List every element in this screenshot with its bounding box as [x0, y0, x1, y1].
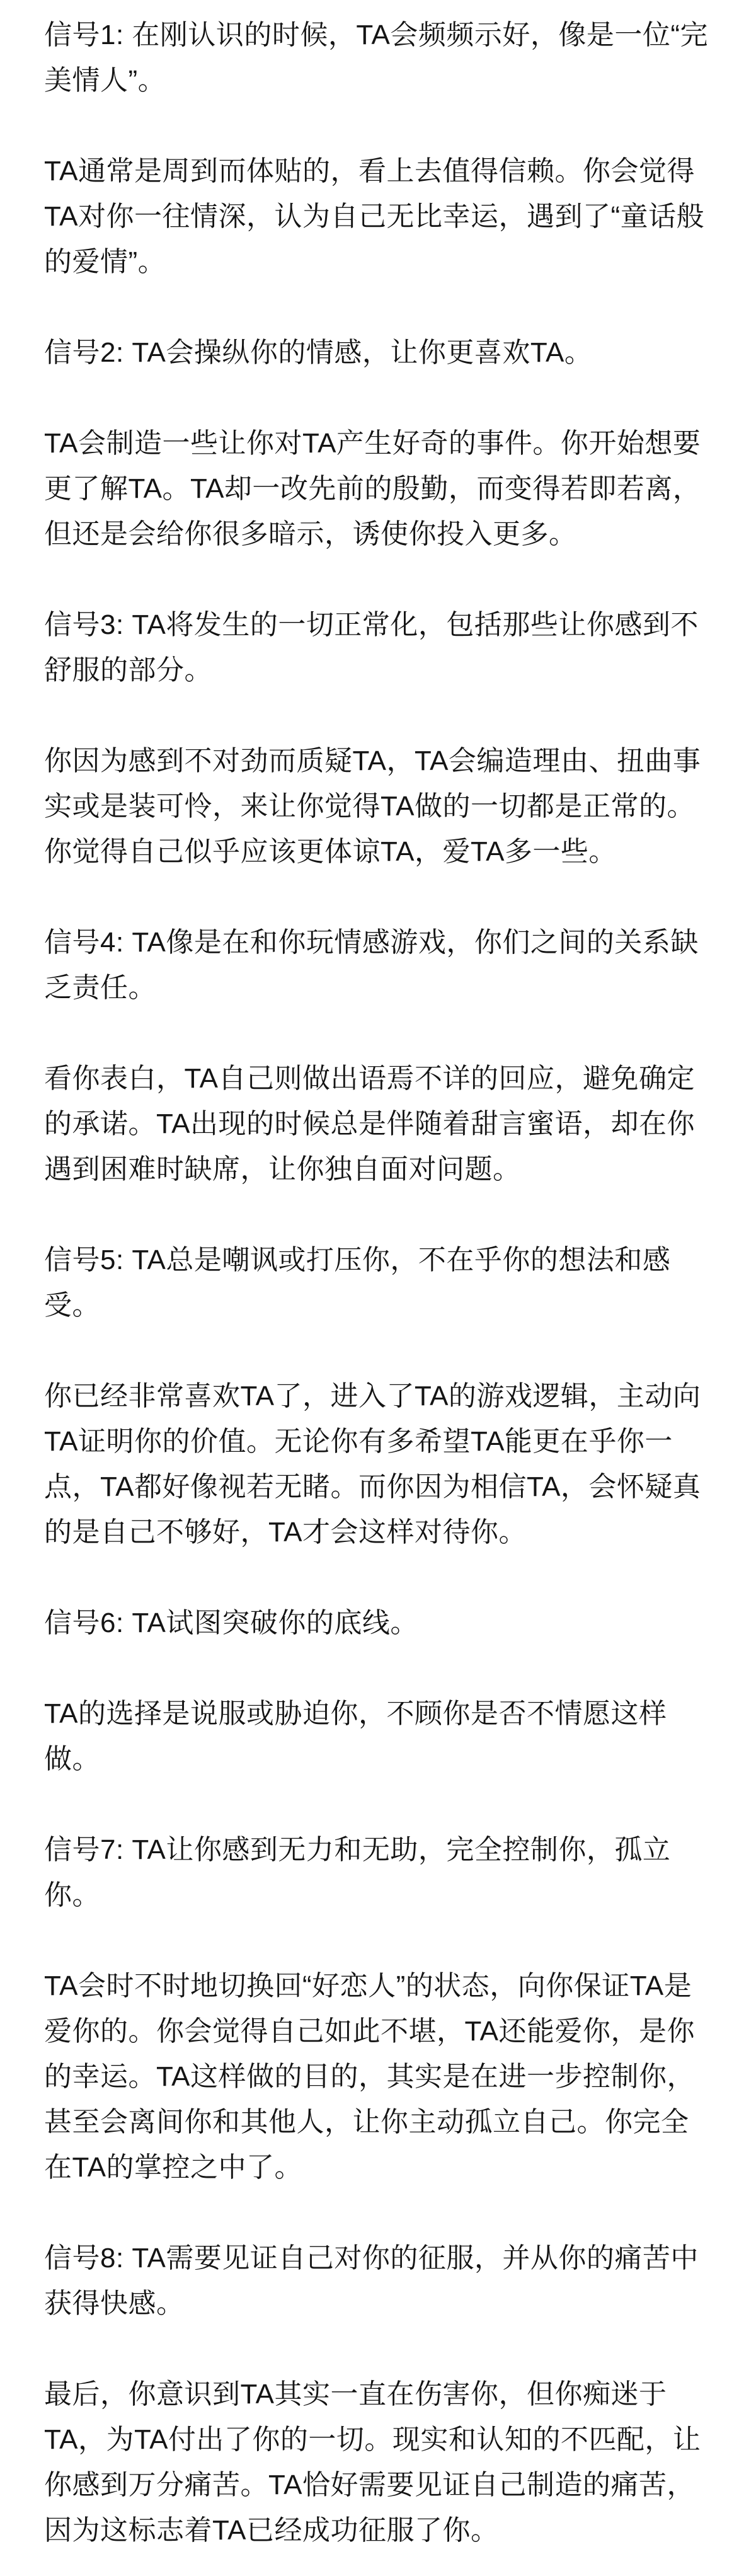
signal-heading: 信号6: TA试图突破你的底线。	[44, 1601, 714, 1646]
signal-heading: 信号8: TA需要见证自己对你的征服，并从你的痛苦中获得快感。	[44, 2236, 714, 2326]
signal-heading: 信号7: TA让你感到无力和无助，完全控制你，孤立你。	[44, 1827, 714, 1918]
signal-heading: 信号3: TA将发生的一切正常化，包括那些让你感到不舒服的部分。	[44, 602, 714, 693]
signal-heading: 信号1: 在刚认识的时候，TA会频频示好，像是一位“完美情人”。	[44, 13, 714, 103]
body-paragraph: 看你表白，TA自己则做出语焉不详的回应，避免确定的承诺。TA出现的时候总是伴随着…	[44, 1056, 714, 1192]
body-paragraph: 最后，你意识到TA其实一直在伤害你，但你痴迷于TA，为TA付出了你的一切。现实和…	[44, 2372, 714, 2553]
article-text-container: 信号1: 在刚认识的时候，TA会频频示好，像是一位“完美情人”。TA通常是周到而…	[44, 13, 714, 2553]
body-paragraph: TA通常是周到而体贴的，看上去值得信赖。你会觉得TA对你一往情深，认为自己无比幸…	[44, 149, 714, 285]
body-paragraph: 你因为感到不对劲而质疑TA，TA会编造理由、扭曲事实或是装可怜，来让你觉得TA做…	[44, 739, 714, 875]
body-paragraph: 你已经非常喜欢TA了，进入了TA的游戏逻辑，主动向TA证明你的价值。无论你有多希…	[44, 1374, 714, 1555]
signal-heading: 信号5: TA总是嘲讽或打压你，不在乎你的想法和感受。	[44, 1238, 714, 1328]
body-paragraph: TA的选择是说服或胁迫你，不顾你是否不情愿这样做。	[44, 1691, 714, 1782]
signal-heading: 信号2: TA会操纵你的情感，让你更喜欢TA。	[44, 330, 714, 376]
body-paragraph: TA会时不时地切换回“好恋人”的状态，向你保证TA是爱你的。你会觉得自己如此不堪…	[44, 1964, 714, 2190]
signal-heading: 信号4: TA像是在和你玩情感游戏，你们之间的关系缺乏责任。	[44, 920, 714, 1011]
document-page: 信号1: 在刚认识的时候，TA会频频示好，像是一位“完美情人”。TA通常是周到而…	[0, 0, 756, 2576]
body-paragraph: TA会制造一些让你对TA产生好奇的事件。你开始想要更了解TA。TA却一改先前的殷…	[44, 421, 714, 557]
